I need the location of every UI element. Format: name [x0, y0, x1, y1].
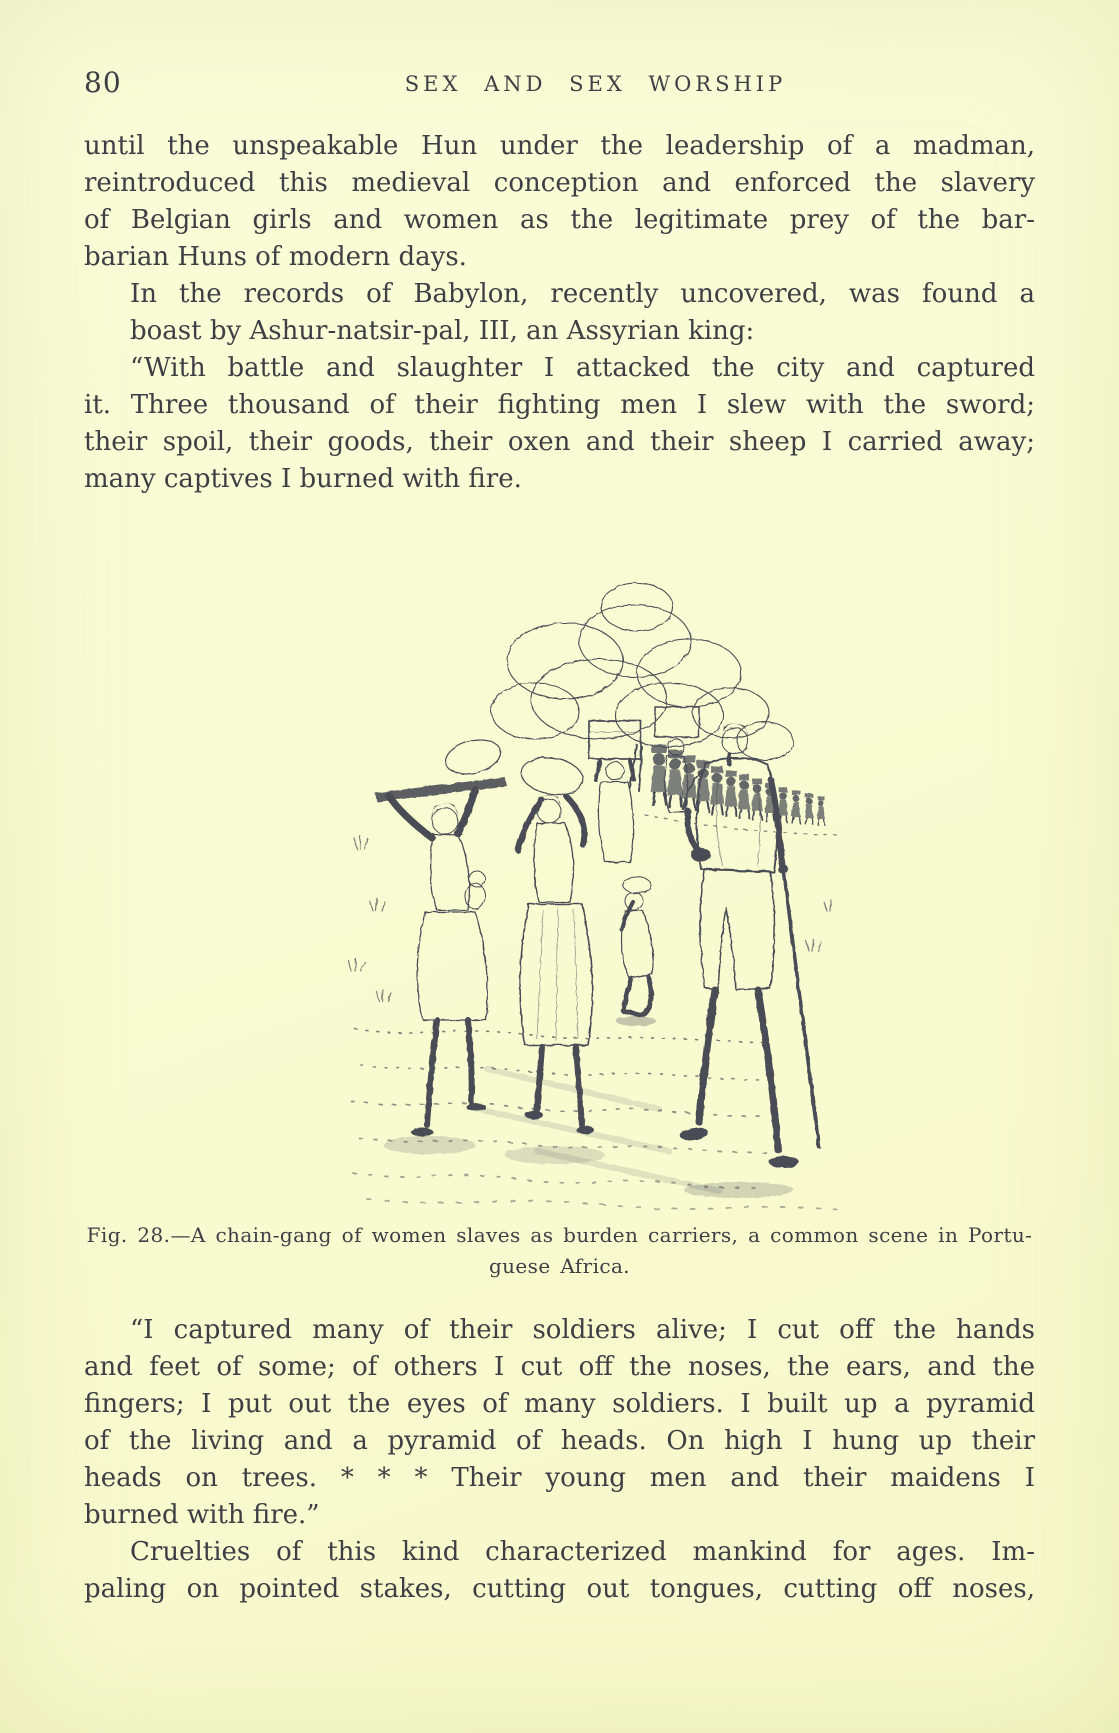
text-line: heads on trees. * * * Their young men an…	[84, 1460, 1035, 1497]
text-line: of the living and a pyramid of heads. On…	[84, 1423, 1035, 1460]
text-line: many captives I burned with fire.	[84, 461, 1035, 498]
body-text-lower: “I captured many of their soldiers alive…	[84, 1312, 1035, 1608]
tree	[491, 583, 793, 791]
kneeling-child	[616, 877, 656, 1026]
caption-line: guese Africa.	[84, 1251, 1035, 1282]
text-line: “I captured many of their soldiers alive…	[84, 1312, 1035, 1349]
text-line: In the records of Babylon, recently unco…	[84, 276, 1035, 313]
text-line: until the unspeakable Hun under the lead…	[84, 128, 1035, 165]
text-line: “With battle and slaughter I attacked th…	[84, 350, 1035, 387]
text-line: fingers; I put out the eyes of many sold…	[84, 1386, 1035, 1423]
caption-line: Fig. 28.—A chain-gang of women slaves as…	[84, 1220, 1035, 1251]
text-line: barian Huns of modern days.	[84, 239, 1035, 276]
text-line: it. Three thousand of their fighting men…	[84, 387, 1035, 424]
text-line: boast by Ashur-natsir-pal, III, an Assyr…	[84, 313, 1035, 350]
text-line: of Belgian girls and women as the legiti…	[84, 202, 1035, 239]
book-page-scan: 80 SEX AND SEX WORSHIP until the unspeak…	[0, 0, 1119, 1733]
text-line: paling on pointed stakes, cutting out to…	[84, 1571, 1035, 1608]
text-line: reintroduced this medieval conception an…	[84, 165, 1035, 202]
text-line: their spoil, their goods, their oxen and…	[84, 424, 1035, 461]
figure-illustration	[337, 549, 842, 1214]
text-line: burned with fire.”	[84, 1497, 1035, 1534]
running-title: SEX AND SEX WORSHIP	[36, 72, 1119, 96]
figure-caption: Fig. 28.—A chain-gang of women slaves as…	[84, 1220, 1035, 1282]
woman-carrying-tray	[375, 735, 507, 1137]
text-line: Cruelties of this kind characterized man…	[84, 1534, 1035, 1571]
figure-28	[337, 549, 842, 1214]
body-text-upper: until the unspeakable Hun under the lead…	[84, 128, 1035, 498]
box-carrier-left	[589, 721, 641, 862]
text-line: and feet of some; of others I cut off th…	[84, 1349, 1035, 1386]
